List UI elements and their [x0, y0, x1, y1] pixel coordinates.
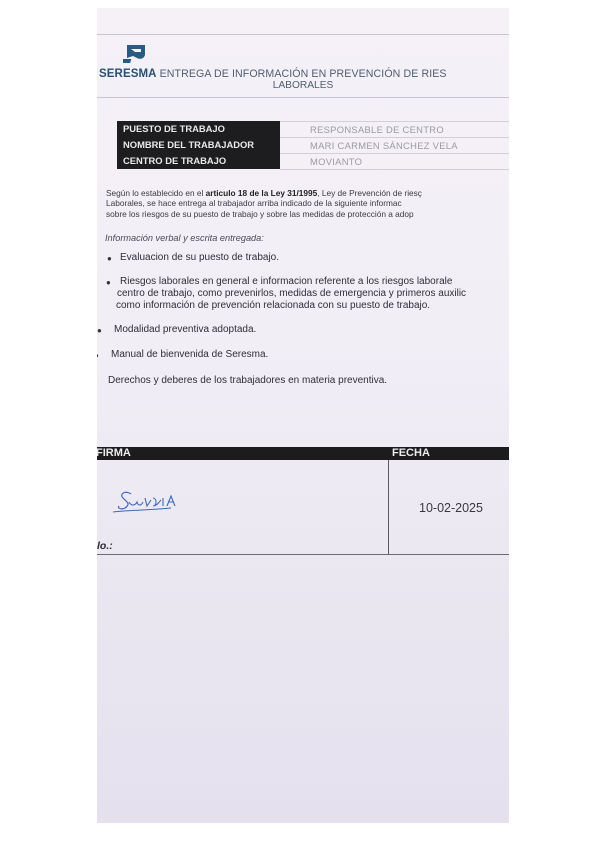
list-item: Manual de bienvenida de Seresma.: [111, 349, 268, 361]
law-reference: articulo 18 de la Ley 31/1995: [206, 188, 318, 198]
list-item: Modalidad preventiva adoptada.: [114, 324, 256, 336]
info-value: MARI CARMEN SÁNCHEZ VELA: [310, 140, 458, 151]
signature-image: [111, 484, 201, 520]
info-value: RESPONSABLE DE CENTRO: [310, 124, 444, 135]
bullet-icon: ●: [107, 254, 112, 263]
seresma-logo-icon: [123, 45, 149, 63]
info-label: CENTRO DE TRABAJO: [123, 155, 226, 166]
info-row-centro: CENTRO DE TRABAJO MOVIANTO: [117, 153, 509, 169]
signature-date: 10-02-2025: [419, 501, 483, 515]
intro-line-3: sobre los riesgos de su puesto de trabaj…: [106, 209, 509, 219]
list-item-cont: como información de prevención relaciona…: [116, 300, 430, 312]
title-line-2: LABORALES: [97, 80, 509, 91]
firma-label: FIRMA: [97, 447, 131, 459]
info-label: PUESTO DE TRABAJO: [123, 123, 225, 134]
document-page: SERESMA ENTREGA DE INFORMACIÓN EN PREVEN…: [97, 8, 509, 823]
info-row-puesto: PUESTO DE TRABAJO RESPONSABLE DE CENTRO: [117, 121, 509, 137]
intro-line-2: Laborales, se hace entrega al trabajador…: [106, 198, 509, 208]
signature-bottom-rule: [97, 554, 509, 555]
info-row-nombre: NOMBRE DEL TRABAJADOR MARI CARMEN SÁNCHE…: [117, 137, 509, 153]
info-rule: [280, 169, 509, 170]
intro-text: Según lo establecido en el: [106, 188, 206, 198]
header-rule-top: [97, 34, 509, 35]
brand-name: SERESMA: [99, 68, 157, 80]
signature-divider: [388, 460, 389, 554]
footer-label: lo.:: [97, 540, 113, 552]
info-label: NOMBRE DEL TRABAJADOR: [123, 139, 254, 150]
bullet-icon: ●: [97, 326, 102, 335]
bullet-icon: ●: [97, 351, 99, 360]
subheading: Información verbal y escrita entregada:: [105, 233, 264, 243]
info-value: MOVIANTO: [310, 156, 362, 167]
list-item: Riesgos laborales en general e informaci…: [120, 276, 452, 288]
list-item-cont: centro de trabajo, como prevenirlos, med…: [117, 288, 466, 300]
fecha-label: FECHA: [392, 447, 430, 459]
title-line-1: ENTREGA DE INFORMACIÓN EN PREVENCIÓN DE …: [160, 68, 447, 80]
list-item: Evaluacion de su puesto de trabajo.: [120, 252, 279, 264]
signature-header-bar: FIRMA FECHA: [97, 447, 509, 460]
header-rule-bottom: [97, 97, 509, 98]
document-title: SERESMA ENTREGA DE INFORMACIÓN EN PREVEN…: [99, 68, 447, 80]
intro-text: , Ley de Prevención de riesç: [317, 188, 422, 198]
intro-paragraph: Según lo establecido en el articulo 18 d…: [106, 188, 509, 219]
list-item: Derechos y deberes de los trabajadores e…: [108, 375, 387, 387]
bullet-icon: ●: [106, 278, 111, 287]
